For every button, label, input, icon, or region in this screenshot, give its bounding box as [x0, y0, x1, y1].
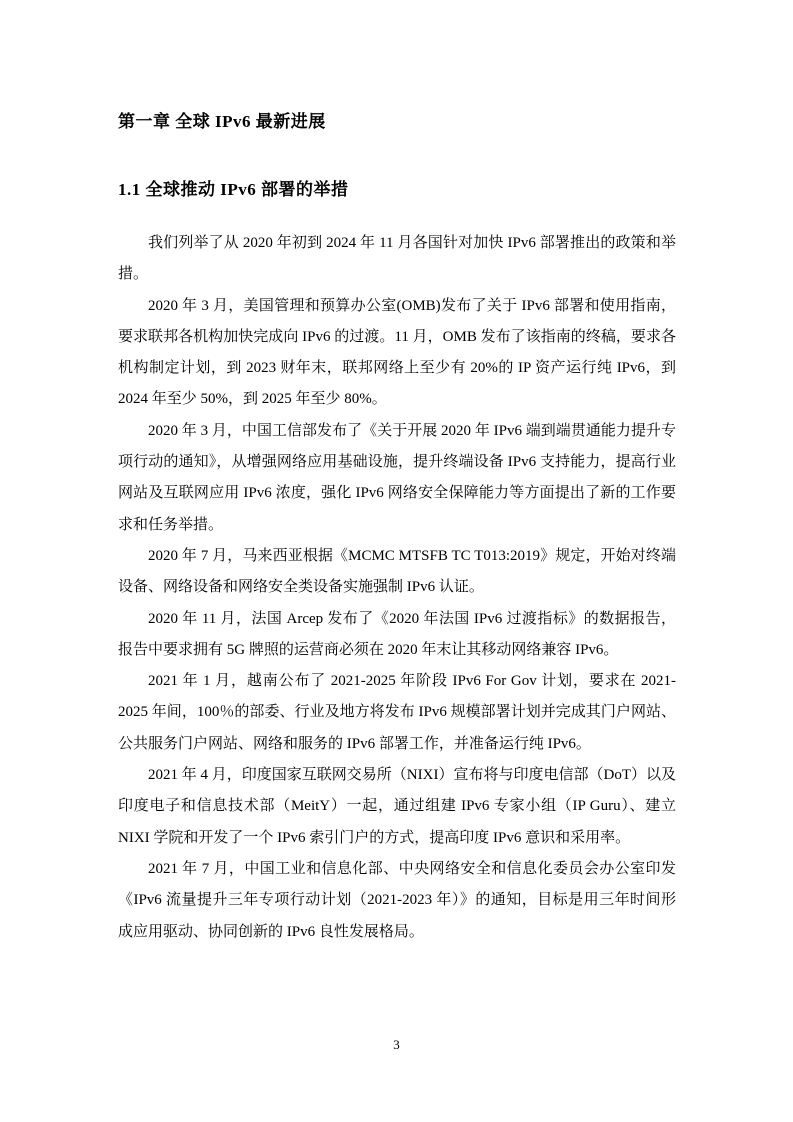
- section-title: 1.1 全球推动 IPv6 部署的举措: [118, 178, 676, 202]
- body-paragraph: 2020 年 7 月，马来西亚根据《MCMC MTSFB TC T013:201…: [118, 541, 676, 604]
- body-paragraph: 2021 年 7 月，中国工业和信息化部、中央网络安全和信息化委员会办公室印发《…: [118, 854, 676, 948]
- document-page: 第一章 全球 IPv6 最新进展 1.1 全球推动 IPv6 部署的举措 我们列…: [0, 0, 793, 1122]
- body-paragraph: 2020 年 3 月，中国工信部发布了《关于开展 2020 年 IPv6 端到端…: [118, 416, 676, 541]
- chapter-title: 第一章 全球 IPv6 最新进展: [118, 0, 676, 134]
- page-content: 第一章 全球 IPv6 最新进展 1.1 全球推动 IPv6 部署的举措 我们列…: [118, 0, 676, 948]
- body-text: 我们列举了从 2020 年初到 2024 年 11 月各国针对加快 IPv6 部…: [118, 228, 676, 948]
- body-paragraph: 2021 年 1 月，越南公布了 2021-2025 年阶段 IPv6 For …: [118, 666, 676, 760]
- page-number: 3: [0, 1038, 793, 1052]
- body-paragraph: 我们列举了从 2020 年初到 2024 年 11 月各国针对加快 IPv6 部…: [118, 228, 676, 291]
- body-paragraph: 2021 年 4 月，印度国家互联网交易所（NIXI）宣布将与印度电信部（DoT…: [118, 760, 676, 854]
- body-paragraph: 2020 年 3 月，美国管理和预算办公室(OMB)发布了关于 IPv6 部署和…: [118, 291, 676, 416]
- body-paragraph: 2020 年 11 月，法国 Arcep 发布了《2020 年法国 IPv6 过…: [118, 604, 676, 667]
